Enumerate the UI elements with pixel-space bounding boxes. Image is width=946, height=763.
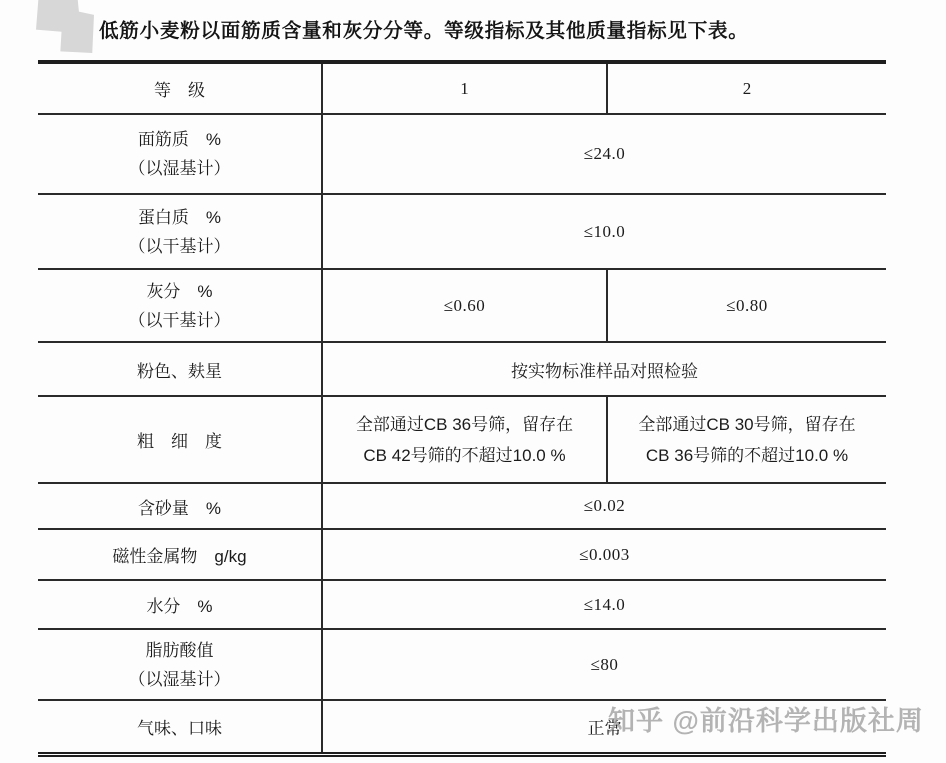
granularity-value-grade1: 全部通过CB 36号筛，留存在 CB 42号筛的不超过10.0 % [322, 396, 607, 483]
protein-label: 蛋白质 % （以干基计） [38, 194, 322, 269]
granularity-label: 粗 细 度 [38, 396, 322, 483]
magnetic-metal-value: ≤0.003 [322, 529, 886, 580]
color-bran-value: 按实物标准样品对照检验 [322, 342, 886, 396]
row-fatty-acid: 脂肪酸值 （以湿基计） ≤80 [38, 629, 886, 700]
ash-value-grade1: ≤0.60 [322, 269, 607, 342]
ash-value-grade2: ≤0.80 [607, 269, 886, 342]
row-ash: 灰分 % （以干基计） ≤0.60 ≤0.80 [38, 269, 886, 342]
color-bran-label: 粉色、麸星 [38, 342, 322, 396]
gluten-value: ≤24.0 [322, 114, 886, 194]
row-gluten: 面筋质 % （以湿基计） ≤24.0 [38, 114, 886, 194]
header-grade-label: 等 级 [38, 62, 322, 114]
zhihu-watermark: 知乎 @前沿科学出版社周 [608, 699, 924, 738]
moisture-value: ≤14.0 [322, 580, 886, 629]
protein-value: ≤10.0 [322, 194, 886, 269]
header-grade-2: 2 [607, 62, 886, 114]
ash-label: 灰分 % （以干基计） [38, 269, 322, 342]
fatty-acid-value: ≤80 [322, 629, 886, 700]
moisture-label: 水分 % [38, 580, 322, 629]
sand-value: ≤0.02 [322, 483, 886, 529]
odor-taste-label: 气味、口味 [38, 700, 322, 754]
intro-paragraph: 低筋小麦粉以面筋质含量和灰分分等。等级指标及其他质量指标见下表。 [99, 15, 749, 43]
row-magnetic-metal: 磁性金属物 g/kg ≤0.003 [38, 529, 886, 580]
row-moisture: 水分 % ≤14.0 [38, 580, 886, 629]
scanned-document-page: 低筋小麦粉以面筋质含量和灰分分等。等级指标及其他质量指标见下表。 等 级 1 2… [0, 0, 946, 763]
flour-grade-spec-table: 等 级 1 2 面筋质 % （以湿基计） ≤24.0 蛋白质 % （以干基计） … [38, 60, 886, 757]
row-color-bran: 粉色、麸星 按实物标准样品对照检验 [38, 342, 886, 396]
row-sand: 含砂量 % ≤0.02 [38, 483, 886, 529]
magnetic-metal-label: 磁性金属物 g/kg [38, 529, 322, 580]
granularity-value-grade2: 全部通过CB 30号筛，留存在 CB 36号筛的不超过10.0 % [607, 396, 886, 483]
header-grade-1: 1 [322, 62, 607, 114]
row-granularity: 粗 细 度 全部通过CB 36号筛，留存在 CB 42号筛的不超过10.0 % … [38, 396, 886, 483]
header-row: 等 级 1 2 [38, 62, 886, 114]
row-protein: 蛋白质 % （以干基计） ≤10.0 [38, 194, 886, 269]
scan-corner-artifact [36, 0, 94, 53]
gluten-label: 面筋质 % （以湿基计） [38, 114, 322, 194]
fatty-acid-label: 脂肪酸值 （以湿基计） [38, 629, 322, 700]
sand-label: 含砂量 % [38, 483, 322, 529]
